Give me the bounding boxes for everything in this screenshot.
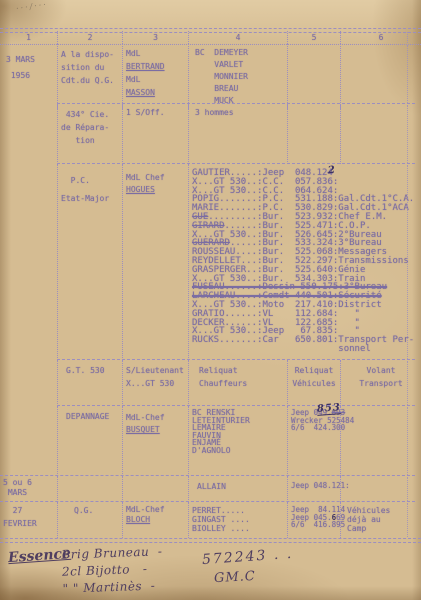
- text-line: VARLET: [195, 59, 284, 71]
- handwritten-footer: Essence Brig Bruneau -2cl Bijotto -" " M…: [0, 543, 421, 600]
- text-line: 27: [3, 504, 54, 517]
- text-line: BUSQUET: [126, 424, 185, 436]
- vehicles-note-cell: Véhiculesdéjà auCamp: [340, 502, 421, 538]
- column-header-6: 6: [340, 31, 421, 44]
- text-line: Camp: [347, 524, 418, 533]
- assignment-cell: A la dispo-sition duCdt.du Q.G.: [57, 44, 122, 109]
- empty-cell: [0, 164, 57, 360]
- table-row-5-ou-6-mars: 5 ou 6 MARS ALLAIN Jeep 048.121:: [0, 476, 421, 502]
- table-row-434-cie: 434° Cie.de Répara- tion 1 S/Off. 3 homm…: [0, 104, 421, 164]
- fevrier-vehicles-cell: Jeep 84.114Jeep 045.6696/6 416.895: [287, 502, 340, 538]
- table-row-3-mars: 3 MARS 1956 A la dispo-sition duCdt.du Q…: [0, 44, 421, 104]
- qg-cell: Q.G.: [57, 502, 122, 538]
- text-line: X...GT 530: [126, 377, 185, 390]
- text-line: MdL: [126, 73, 185, 86]
- text-line: tion: [61, 134, 119, 147]
- text-line: " " Martinès -: [62, 577, 164, 598]
- text-line: Chauffeurs: [199, 377, 284, 390]
- nco-names-cell: MdLBERTRANDMdLMASSON: [122, 44, 188, 109]
- text-line: HOGUES: [126, 184, 185, 196]
- chief-name-cell: MdL ChefHOGUES: [122, 164, 188, 360]
- text-line: ALLAIN: [197, 482, 284, 491]
- handwritten-correction-853: 853: [317, 402, 342, 416]
- bloch-cell: MdL-ChefBLOCH: [122, 502, 188, 538]
- vehicle-roster-cell: GAUTIER.....:Jeep 048.124X...GT 530..:C.…: [188, 164, 421, 360]
- text-line: BREAU: [195, 83, 284, 95]
- pencil-mark: ···/···: [16, 0, 49, 13]
- footer-code: GM.C: [214, 569, 257, 586]
- text-line: FEVRIER: [3, 517, 54, 530]
- allain-cell: ALLAIN: [188, 476, 287, 502]
- table-row-pc-etat-major: P.C.Etat-Major MdL ChefHOGUES GAUTIER...…: [0, 164, 421, 360]
- text-line: Brig Bruneau -: [61, 543, 163, 564]
- text-line: déjà au: [347, 515, 418, 524]
- text-line: 1956: [6, 68, 54, 84]
- reliquat-vehicules-cell: ReliquatVéhicules: [287, 360, 340, 406]
- column-number-header-row: 1 2 3 4 5 6: [0, 31, 421, 45]
- depannage-vehicles-cell: Jeep 049.693Wrecker 5254846/6 424.300: [287, 406, 340, 476]
- empty-cell: [340, 44, 421, 109]
- empty-cell: [122, 476, 188, 502]
- troop-names-cell: BC DEMEYER VARLET MONNIER BREAU MUCK: [188, 44, 287, 109]
- empty-cell: [0, 104, 57, 164]
- text-line: Jeep 048.121:: [291, 482, 337, 490]
- text-line: 5 ou 6: [3, 478, 54, 488]
- empty-cell: [0, 406, 57, 476]
- empty-cell: [340, 104, 421, 164]
- allain-vehicle-cell: Jeep 048.121:: [287, 476, 340, 502]
- text-line: Etat-Major: [61, 190, 119, 208]
- column-header-1: 1: [0, 31, 57, 44]
- text-line: DEPANNAGE: [66, 412, 119, 421]
- officer-count-cell: 1 S/Off.: [122, 104, 188, 164]
- footer-number: 572243 . .: [202, 546, 294, 568]
- text-line: 434° Cie.: [61, 108, 119, 121]
- text-line: MdL: [126, 47, 185, 60]
- men-count-cell: 3 hommes: [188, 104, 287, 164]
- text-line: MdL Chef: [126, 172, 185, 184]
- text-line: Reliquat: [199, 364, 284, 377]
- handwritten-correction-2: 2: [327, 165, 335, 177]
- text-line: Véhicules: [291, 377, 337, 390]
- text-line: sition du: [61, 61, 119, 74]
- fevrier-names-cell: PERRET.....GINGAST ....BIOLLEY ....: [188, 502, 287, 538]
- text-line: G.T. 530: [66, 366, 119, 375]
- text-line: BERTRAND: [126, 60, 185, 73]
- empty-cell: [0, 360, 57, 406]
- footer-names-list: Brig Bruneau -2cl Bijotto -" " Martinès …: [61, 543, 164, 597]
- text-line: BC DEMEYER: [195, 47, 284, 59]
- column-header-2: 2: [57, 31, 122, 44]
- text-line: Véhicules: [347, 506, 418, 515]
- empty-cell: [287, 44, 340, 109]
- column-header-4: 4: [188, 31, 287, 44]
- depannage-cell: DEPANNAGE: [57, 406, 122, 476]
- text-line: 6/6 424.300: [291, 424, 337, 432]
- busquet-cell: MdL-ChefBUSQUET: [122, 406, 188, 476]
- text-line: BIOLLEY ....: [192, 524, 284, 533]
- text-line: Reliquat: [291, 364, 337, 377]
- gt530-cell: G.T. 530: [57, 360, 122, 406]
- text-line: 6/6 416.895: [291, 521, 337, 529]
- depannage-names-cell: BC RENSKILETEINTURIERLEMAIREFAUVINENJAMÉ…: [188, 406, 287, 476]
- text-line: 3 MARS: [6, 52, 54, 68]
- date-cell: 27FEVRIER: [0, 502, 57, 538]
- text-line: GINGAST ....: [192, 515, 284, 524]
- empty-cell: [340, 476, 421, 502]
- empty-cell: [57, 476, 122, 502]
- text-line: PERRET.....: [192, 506, 284, 515]
- reliquat-chauffeurs-cell: ReliquatChauffeurs: [188, 360, 287, 406]
- empty-cell: [287, 104, 340, 164]
- text-line: Transport: [344, 377, 418, 390]
- text-line: MdL-Chef: [126, 505, 185, 515]
- text-line: de Répara-: [61, 121, 119, 134]
- date-cell: 3 MARS 1956: [0, 44, 57, 109]
- table-row-depannage: DEPANNAGE MdL-ChefBUSQUET BC RENSKILETEI…: [0, 406, 421, 476]
- lieutenant-cell: S/LieutenantX...GT 530: [122, 360, 188, 406]
- table-row-gt-530: G.T. 530 S/LieutenantX...GT 530 Reliquat…: [0, 360, 421, 406]
- text-line: S/Lieutenant: [126, 364, 185, 377]
- text-line: A la dispo-: [61, 48, 119, 61]
- text-line: D'AGNOLO: [192, 447, 284, 455]
- text-line: MASSON: [126, 86, 185, 99]
- column-header-5: 5: [287, 31, 340, 44]
- scanned-document-page: ···/··· 1 2 3 4 5 6 3 MARS 1956 A la dis…: [0, 0, 421, 600]
- unit-cell: 434° Cie.de Répara- tion: [57, 104, 122, 164]
- text-line: MARS: [3, 488, 54, 498]
- text-line: Cdt.du Q.G.: [61, 74, 119, 87]
- empty-cell: [340, 406, 421, 476]
- text-line: Q.G.: [74, 506, 119, 515]
- text-line: P.C.: [61, 172, 119, 190]
- text-line: BLOCH: [126, 515, 185, 525]
- table-row-27-fevrier: 27FEVRIER Q.G. MdL-ChefBLOCH PERRET.....…: [0, 502, 421, 538]
- text-line: 1 S/Off.: [126, 108, 185, 117]
- pc-etat-major-cell: P.C.Etat-Major: [57, 164, 122, 360]
- text-line: 3 hommes: [195, 108, 284, 117]
- text-line: Volant: [344, 364, 418, 377]
- volant-transport-cell: VolantTransport: [340, 360, 421, 406]
- column-header-3: 3: [122, 31, 188, 44]
- text-line: MONNIER: [195, 71, 284, 83]
- date-cell: 5 ou 6 MARS: [0, 476, 57, 502]
- text-line: sonnel: [192, 345, 418, 354]
- text-line: MdL-Chef: [126, 412, 185, 424]
